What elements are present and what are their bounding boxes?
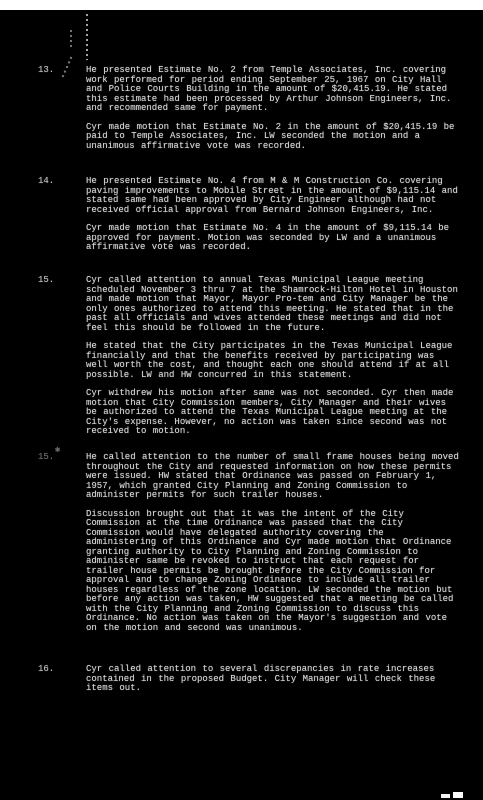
item-number-label: 15.: [38, 452, 54, 462]
item-number: 16.: [38, 665, 86, 694]
item-body: He called attention to the number of sma…: [86, 453, 460, 633]
paragraph: Cyr called attention to several discrepa…: [86, 665, 460, 694]
item-number: 14.: [38, 177, 86, 253]
scan-edge-fragment-bottom: [441, 794, 450, 798]
paragraph: Cyr withdrew his motion after same was n…: [86, 389, 460, 437]
minutes-item-16: 16. Cyr called attention to several disc…: [38, 665, 460, 694]
paragraph: He stated that the City participates in …: [86, 342, 460, 380]
paragraph: Discussion brought out that it was the i…: [86, 510, 460, 634]
paragraph: Cyr made motion that Estimate No. 4 in t…: [86, 224, 460, 253]
item-number: 13.: [38, 66, 86, 151]
scan-edge-fragment-bottom: [453, 792, 463, 798]
handwritten-star-icon: ✱: [54, 446, 61, 456]
minutes-item-15: 15. Cyr called attention to annual Texas…: [38, 276, 460, 437]
scanned-minutes-page: 13. He presented Estimate No. 2 from Tem…: [0, 0, 483, 800]
item-body: He presented Estimate No. 2 from Temple …: [86, 66, 460, 151]
typewritten-text-layer: 13. He presented Estimate No. 2 from Tem…: [0, 0, 483, 800]
item-body: Cyr called attention to several discrepa…: [86, 665, 460, 694]
paragraph: He called attention to the number of sma…: [86, 453, 460, 501]
paragraph: He presented Estimate No. 4 from M & M C…: [86, 177, 460, 215]
paragraph: Cyr called attention to annual Texas Mun…: [86, 276, 460, 333]
item-body: He presented Estimate No. 4 from M & M C…: [86, 177, 460, 253]
minutes-item-13: 13. He presented Estimate No. 2 from Tem…: [38, 66, 460, 151]
item-number: 15. ✱: [38, 453, 86, 633]
minutes-item-14: 14. He presented Estimate No. 4 from M &…: [38, 177, 460, 253]
item-body: Cyr called attention to annual Texas Mun…: [86, 276, 460, 437]
paragraph: Cyr made motion that Estimate No. 2 in t…: [86, 123, 460, 152]
minutes-item-15-annotated: 15. ✱ He called attention to the number …: [38, 453, 460, 633]
paragraph: He presented Estimate No. 2 from Temple …: [86, 66, 460, 114]
item-number: 15.: [38, 276, 86, 437]
